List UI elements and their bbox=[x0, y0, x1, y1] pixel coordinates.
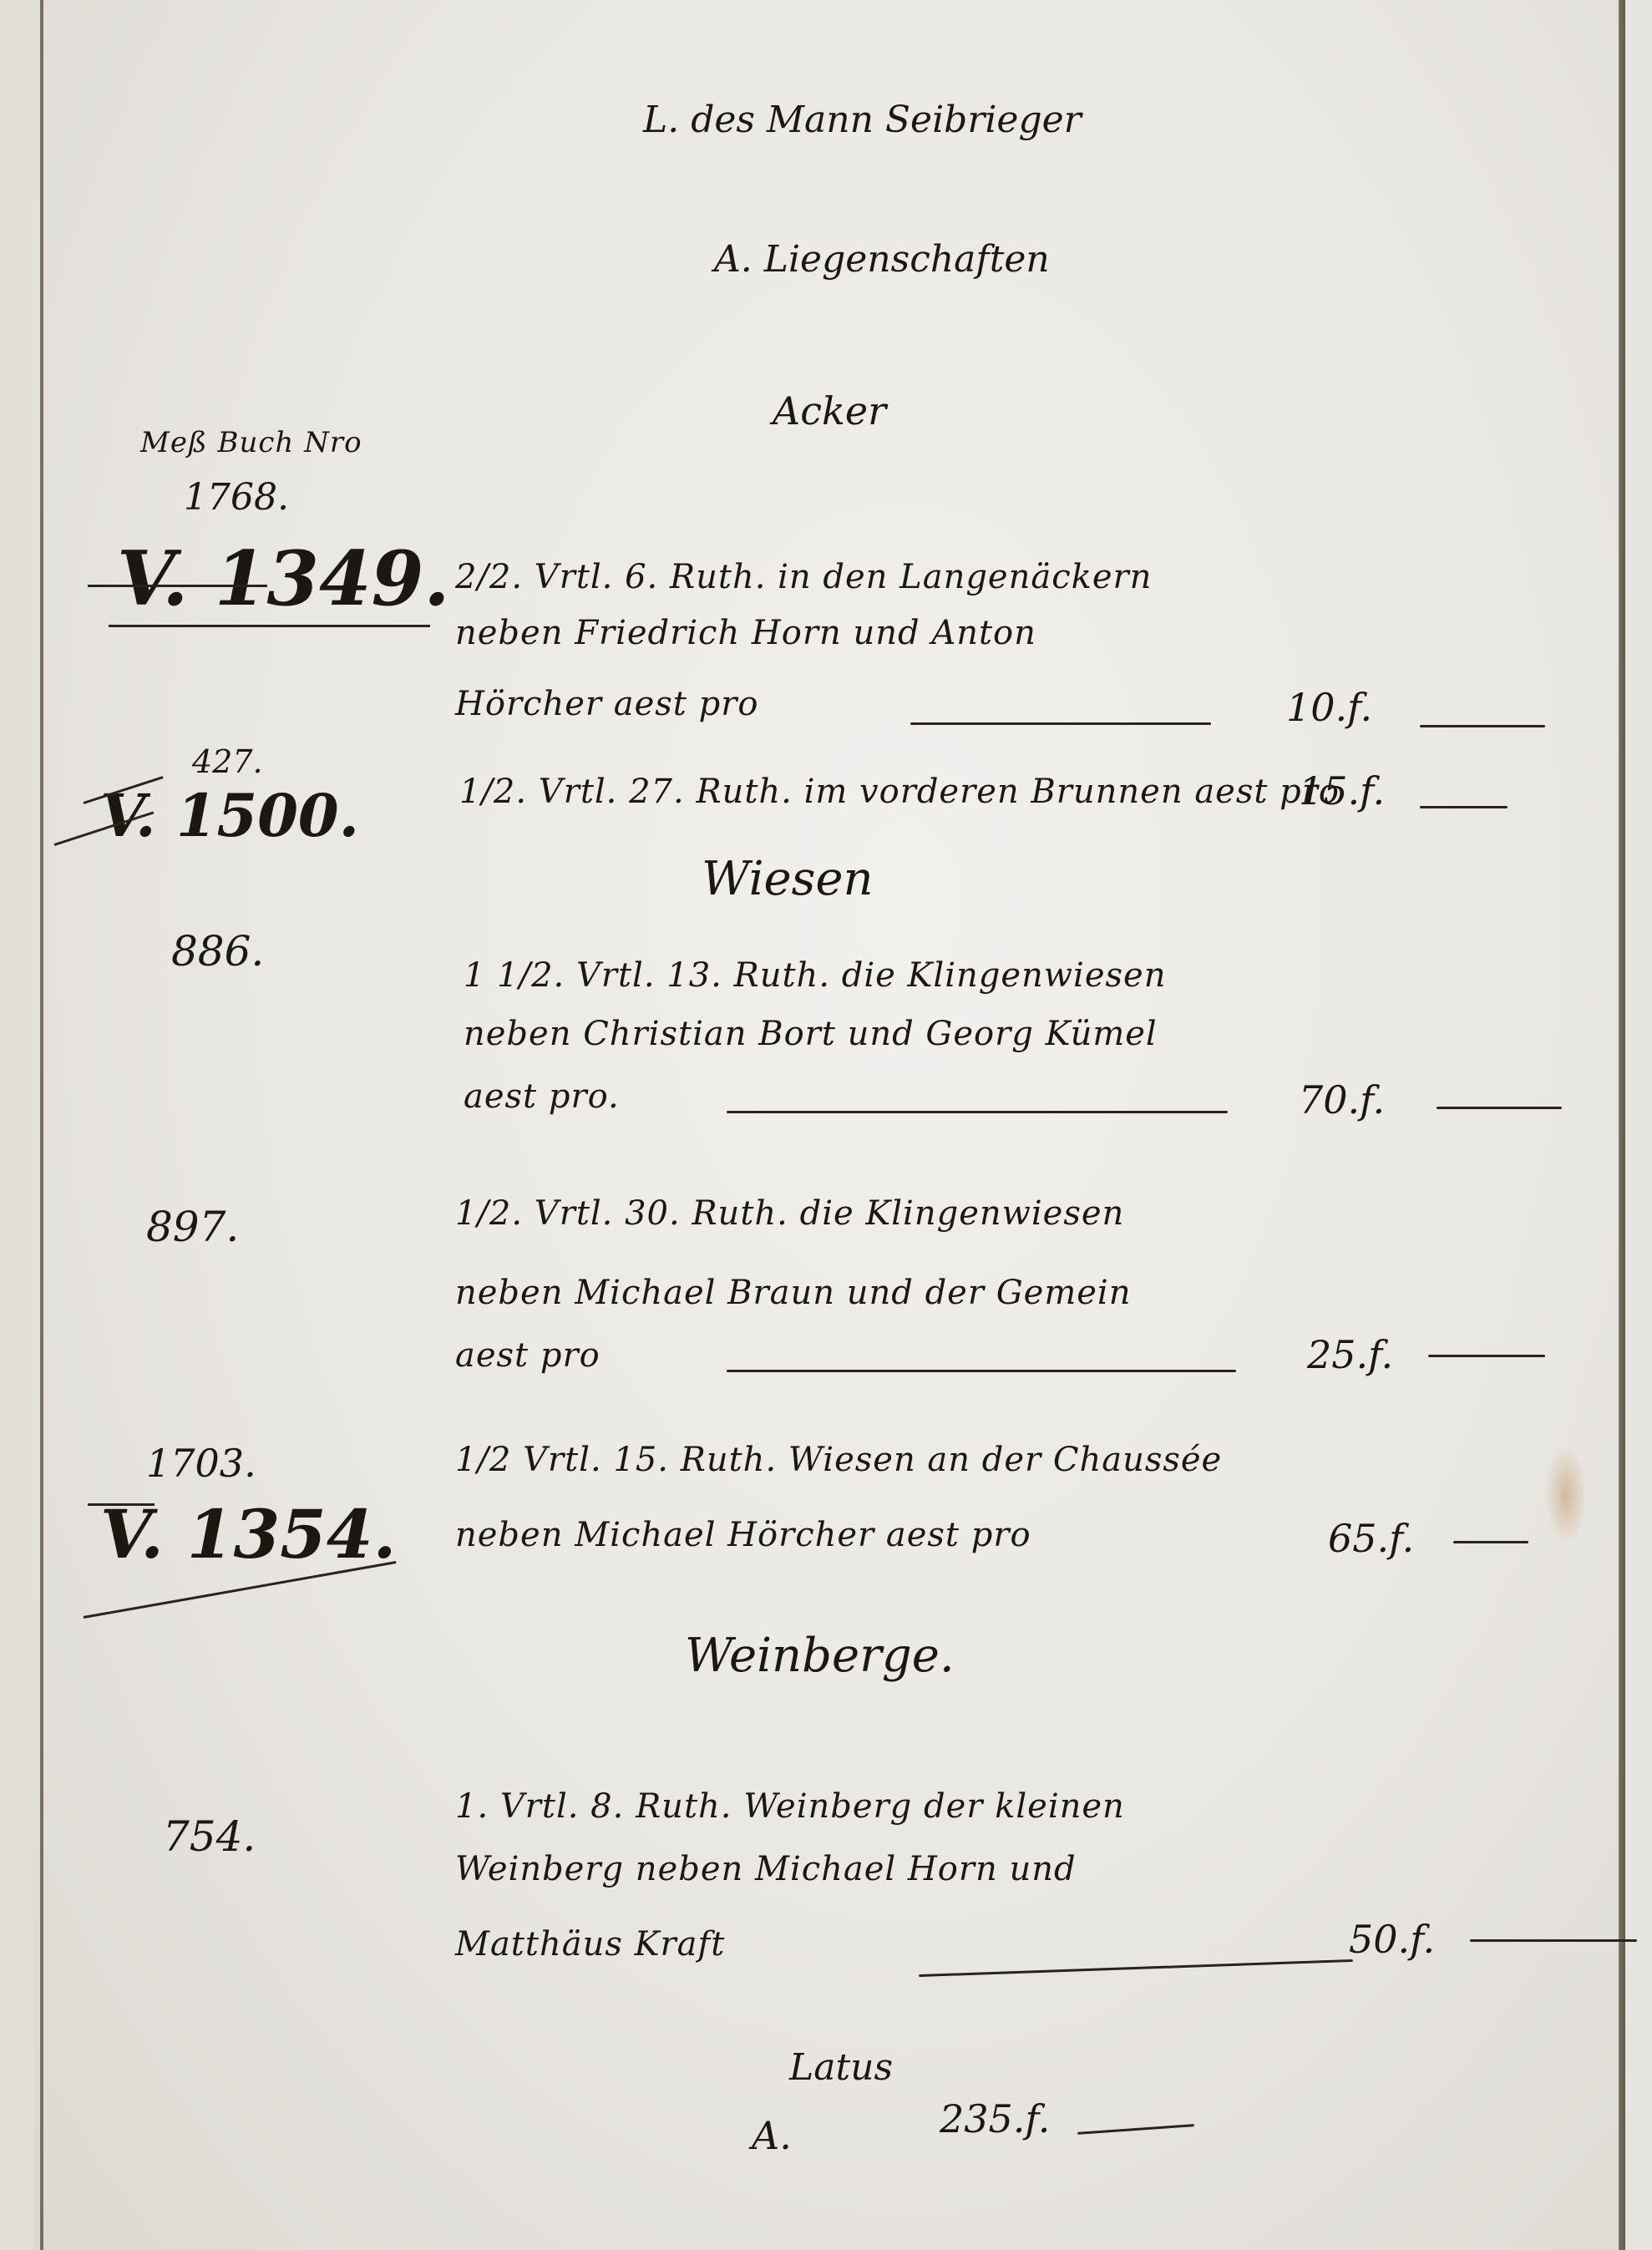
right-page-margin bbox=[1625, 0, 1652, 2250]
entry-line: 1/2. Vrtl. 27. Ruth. im vorderen Brunnen… bbox=[459, 773, 1340, 811]
entry-ref-folio: V. 1354. bbox=[100, 1495, 396, 1573]
right-page-edge bbox=[1619, 0, 1625, 2250]
section-heading-wiesen: Wiesen bbox=[702, 852, 874, 906]
fill-line bbox=[1428, 1355, 1545, 1357]
latus-label: Latus bbox=[789, 2046, 893, 2089]
fill-line bbox=[1470, 1939, 1637, 1942]
entry-line: 1/2. Vrtl. 30. Ruth. die Klingenwiesen bbox=[455, 1194, 1124, 1233]
fill-line bbox=[1420, 725, 1545, 727]
entry-line: neben Michael Braun und der Gemein bbox=[455, 1274, 1131, 1312]
entry-line: Hörcher aest pro bbox=[455, 685, 758, 723]
entry-ref-year: 1703. bbox=[146, 1441, 256, 1486]
entry-line: aest pro bbox=[455, 1336, 600, 1375]
page-title: L. des Mann Seibrieger bbox=[643, 99, 1082, 141]
entry-line: neben Christian Bort und Georg Kümel bbox=[464, 1015, 1158, 1053]
entry-line: 1. Vrtl. 8. Ruth. Weinberg der kleinen bbox=[455, 1787, 1125, 1826]
entry-amount: 15.f. bbox=[1299, 768, 1385, 813]
left-page-edge bbox=[40, 0, 43, 2250]
entry-line: 1 1/2. Vrtl. 13. Ruth. die Klingenwiesen bbox=[464, 956, 1166, 995]
entry-ref-folio: 897. bbox=[146, 1203, 239, 1251]
entry-line: 1/2 Vrtl. 15. Ruth. Wiesen an der Chauss… bbox=[455, 1441, 1222, 1479]
fill-line bbox=[1453, 1541, 1528, 1543]
entry-amount: 65.f. bbox=[1328, 1516, 1414, 1561]
entry-amount: 10.f. bbox=[1286, 685, 1372, 730]
entry-line: neben Michael Hörcher aest pro bbox=[455, 1516, 1031, 1554]
folio-underline bbox=[109, 625, 430, 627]
entry-line: Weinberg neben Michael Horn und bbox=[455, 1850, 1077, 1888]
entry-amount: 25.f. bbox=[1307, 1332, 1393, 1377]
page-subtitle: A. Liegenschaften bbox=[714, 238, 1050, 281]
entry-amount: 50.f. bbox=[1349, 1917, 1435, 1962]
entry-ref-year: 427. bbox=[192, 743, 263, 780]
fill-line bbox=[727, 1370, 1236, 1372]
fill-line bbox=[1420, 806, 1508, 808]
entry-ref-folio: V. 1349. bbox=[117, 535, 450, 623]
fill-line bbox=[1437, 1107, 1562, 1109]
entry-line: 2/2. Vrtl. 6. Ruth. in den Langenäckern bbox=[455, 558, 1152, 596]
folio-underline bbox=[88, 585, 267, 587]
entry-amount: 70.f. bbox=[1299, 1077, 1385, 1122]
entry-line: Matthäus Kraft bbox=[455, 1925, 725, 1964]
fill-line bbox=[910, 722, 1211, 725]
fill-line bbox=[727, 1111, 1228, 1113]
latus-prefix: A. bbox=[752, 2113, 792, 2158]
section-heading-acker: Acker bbox=[773, 388, 886, 433]
entry-line: neben Friedrich Horn und Anton bbox=[455, 614, 1036, 652]
latus-total: 235.f. bbox=[940, 2096, 1050, 2141]
entry-ref-folio: 886. bbox=[171, 927, 264, 976]
entry-ref-folio: 754. bbox=[163, 1812, 256, 1861]
entry-ref-year: 1768. bbox=[184, 476, 289, 519]
section-heading-weinberge: Weinberge. bbox=[685, 1629, 955, 1683]
ledger-page bbox=[33, 0, 1620, 2250]
column-header-messbuch: Meß Buch Nro bbox=[140, 426, 362, 459]
folio-underline bbox=[88, 1503, 155, 1506]
water-stain bbox=[1545, 1445, 1587, 1545]
entry-line: aest pro. bbox=[464, 1077, 620, 1116]
